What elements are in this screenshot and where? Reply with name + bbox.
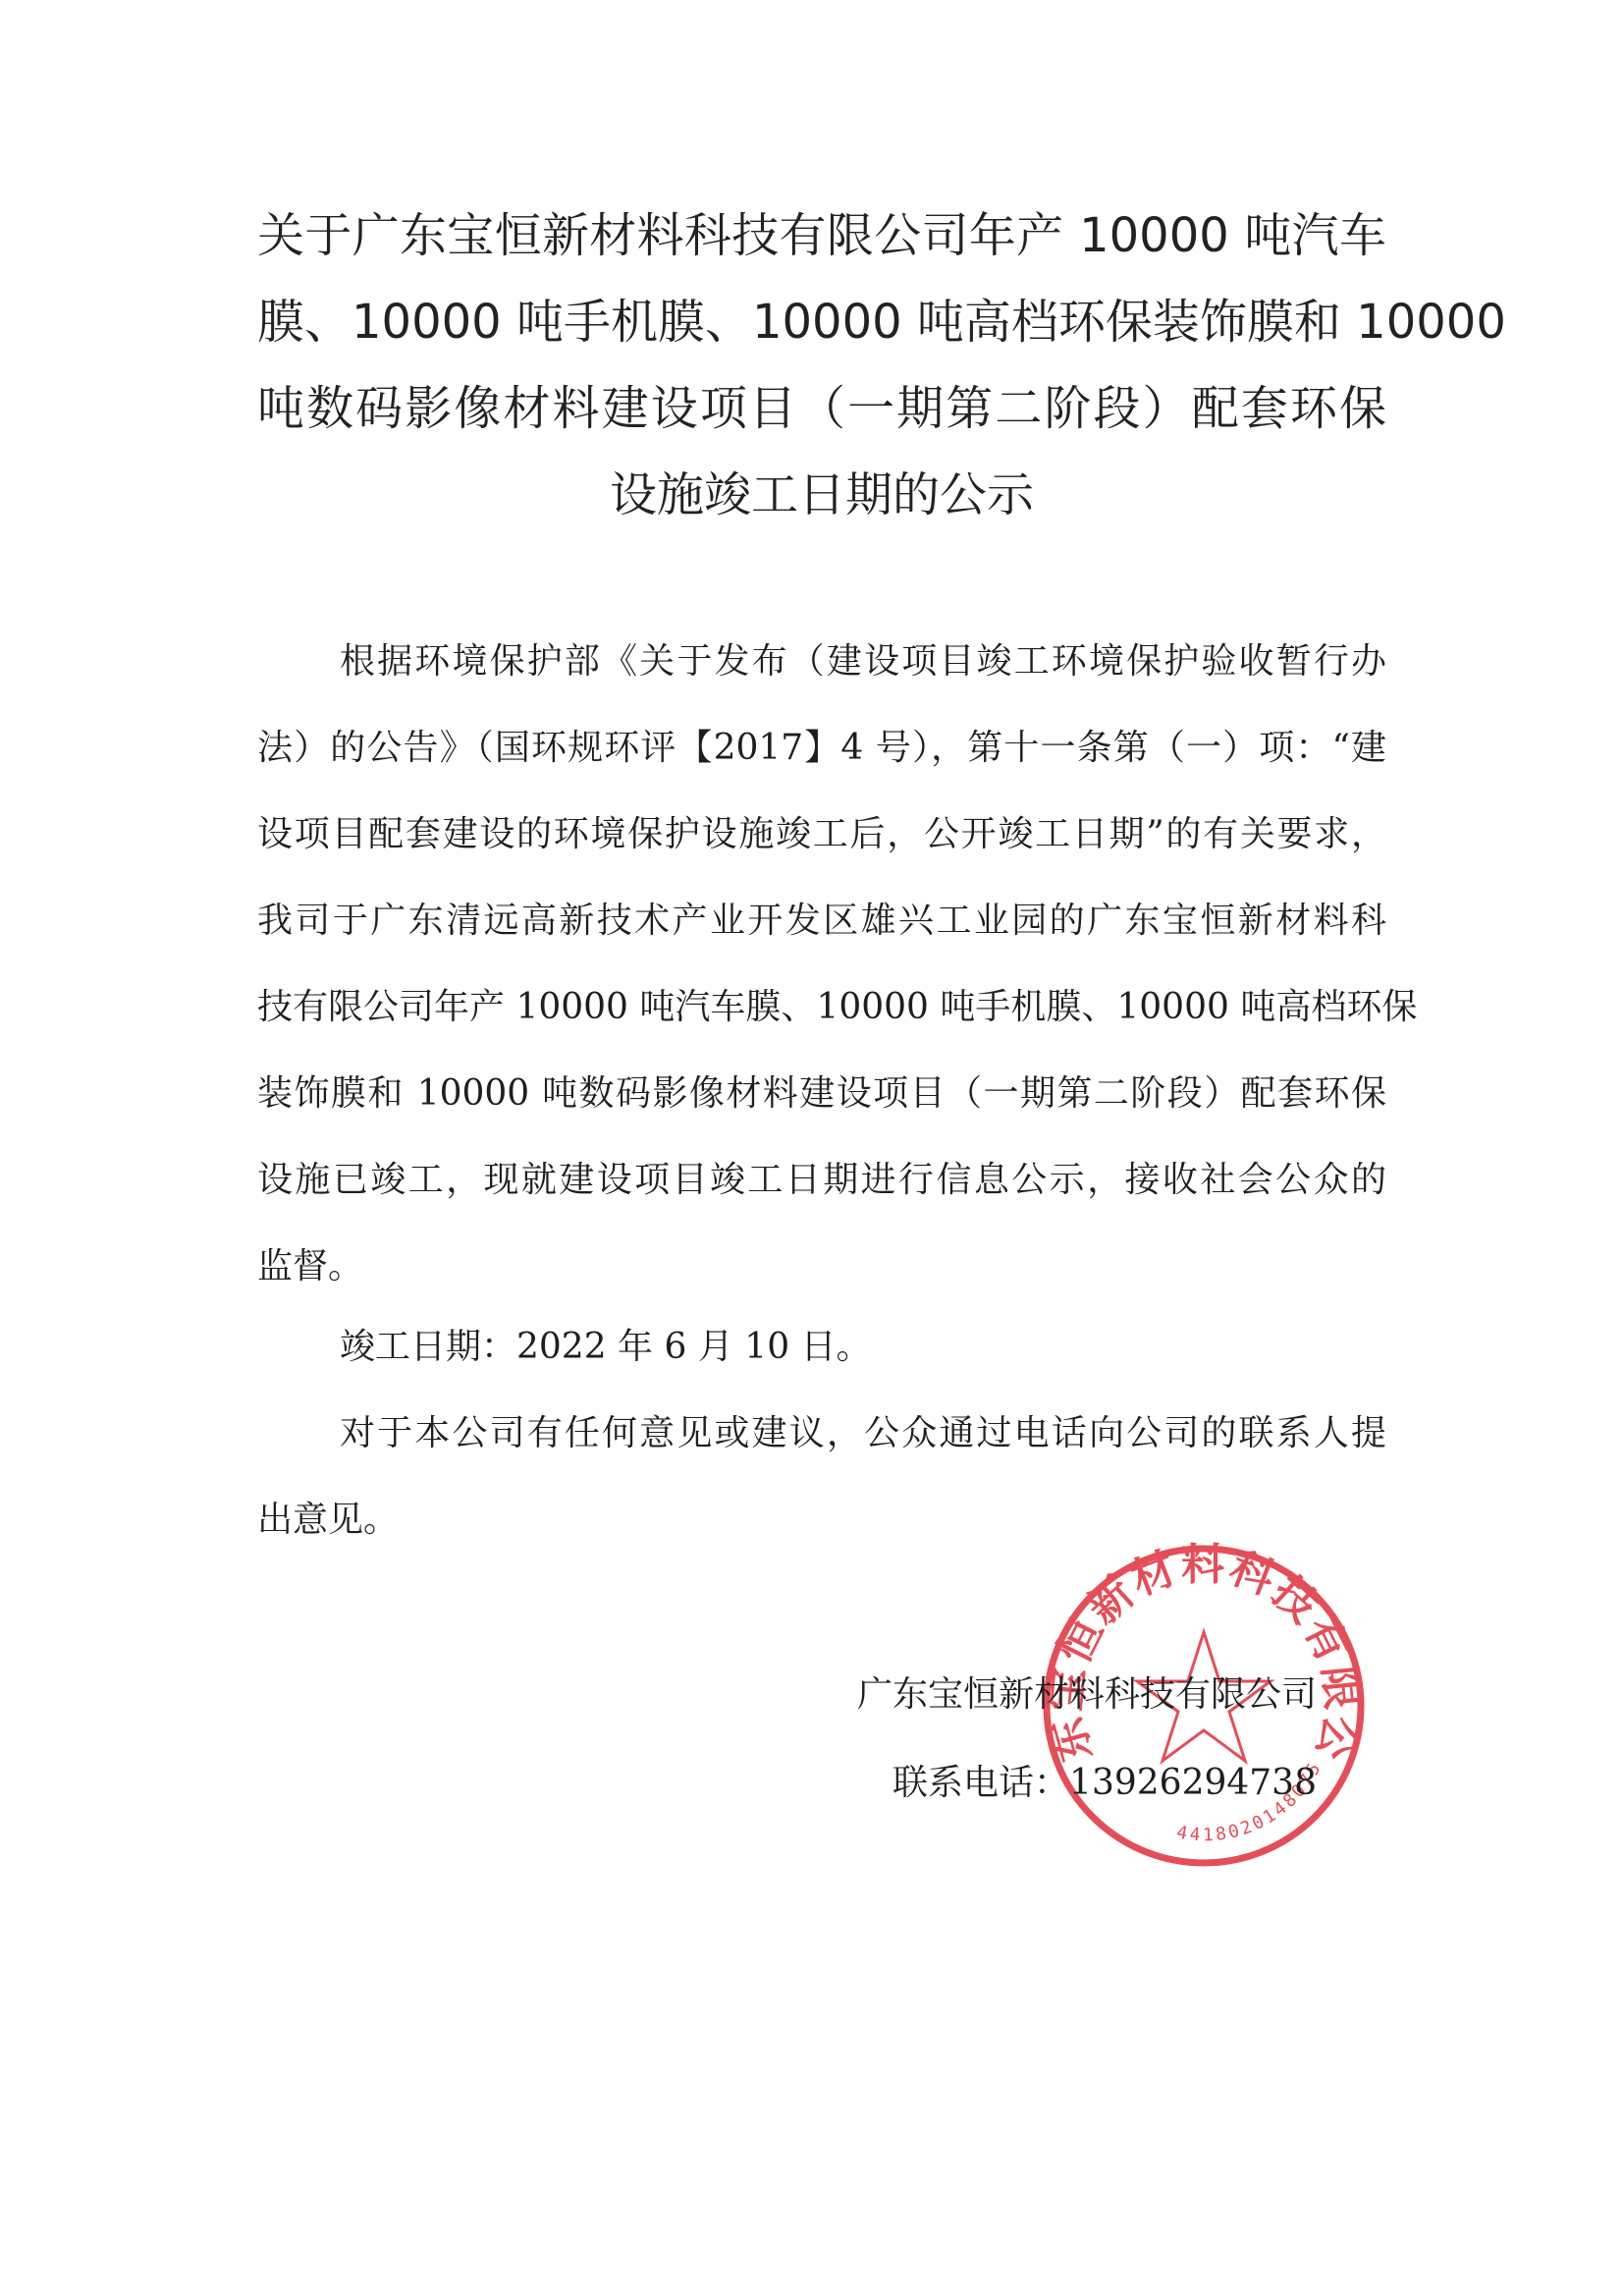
paragraph-line: 技有限公司年产 10000 吨汽车膜、10000 吨手机膜、10000 吨高档环… <box>257 964 1386 1051</box>
paragraph-line: 设施已竣工，现就建设项目竣工日期进行信息公示，接收社会公众的 <box>257 1137 1386 1224</box>
paragraph-line: 装饰膜和 10000 吨数码影像材料建设项目（一期第二阶段）配套环保 <box>257 1051 1386 1137</box>
title-line: 关于广东宝恒新材料科技有限公司年产 10000 吨汽车 <box>257 192 1386 279</box>
paragraph-line: 我司于广东清远高新技术产业开发区雄兴工业园的广东宝恒新材料科 <box>257 878 1386 964</box>
paragraph-line: 设项目配套建设的环境保护设施竣工后，公开竣工日期”的有关要求， <box>257 792 1386 878</box>
paragraph-notice: 根据环境保护部《关于发布（建设项目竣工环境保护验收暂行办 法）的公告》（国环规环… <box>257 619 1386 1310</box>
document-title: 关于广东宝恒新材料科技有限公司年产 10000 吨汽车 膜、10000 吨手机膜… <box>257 192 1386 538</box>
signature-phone: 联系电话：13926294738 <box>893 1754 1317 1813</box>
phone-label: 联系电话： <box>893 1763 1069 1803</box>
completion-date-text: 竣工日期：2022 年 6 月 10 日。 <box>257 1304 1386 1391</box>
title-line: 设施竣工日期的公示 <box>257 452 1386 538</box>
title-line: 吨数码影像材料建设项目（一期第二阶段）配套环保 <box>257 365 1386 452</box>
paragraph-line: 监督。 <box>257 1224 1386 1310</box>
paragraph-line: 对于本公司有任何意见或建议，公众通过电话向公司的联系人提 <box>257 1391 1386 1477</box>
paragraph-line: 根据环境保护部《关于发布（建设项目竣工环境保护验收暂行办 <box>257 619 1386 705</box>
paragraph-line: 法）的公告》（国环规环评【2017】4 号），第十一条第（一）项：“建 <box>257 705 1386 792</box>
signature-company: 广东宝恒新材料科技有限公司 <box>857 1666 1317 1724</box>
title-line: 膜、10000 吨手机膜、10000 吨高档环保装饰膜和 10000 <box>257 279 1386 365</box>
completion-date: 竣工日期：2022 年 6 月 10 日。 <box>257 1304 1386 1391</box>
phone-number: 13926294738 <box>1069 1763 1317 1803</box>
paragraph-feedback: 对于本公司有任何意见或建议，公众通过电话向公司的联系人提 出意见。 <box>257 1391 1386 1563</box>
